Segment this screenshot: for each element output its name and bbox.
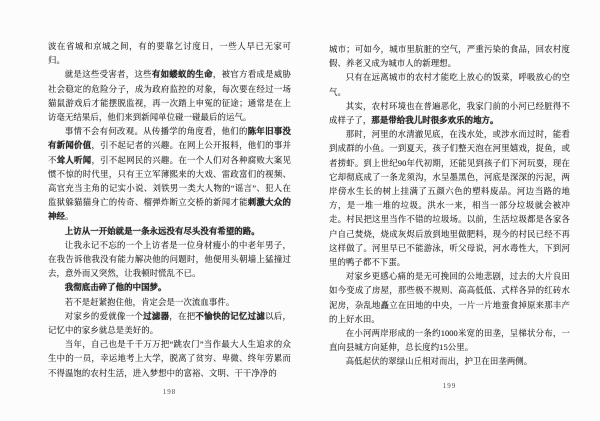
- text-run: 让我永记不忘的一个上访者是一位身材瘦小的中老年男子，在我告诉他我没有能力解决他的…: [48, 241, 291, 278]
- bold-text-run: 有如蝼蚁的生命: [152, 70, 213, 79]
- text-run: 城市；可如今，城市里肮脏的空气，严重污染的食品，回农村度假、养老又成为城市人的新…: [329, 45, 570, 68]
- paragraph: 让我永记不忘的一个上访者是一位身材瘦小的中老年男子，在我告诉他我没有能力解决他的…: [48, 239, 291, 282]
- paragraph: 对家乡的爱就像一个过滤器，在把不愉快的记忆过滤以后，记忆中的家乡就总是美好的。: [48, 310, 291, 338]
- paragraph: 若不是赶紧抱住他，肯定会是一次流血事件。: [48, 296, 291, 310]
- bold-text-run: 不愉快的记忆过滤: [195, 312, 265, 321]
- text-run: ，在把: [169, 312, 195, 321]
- bold-text-run: 过滤器: [143, 312, 169, 321]
- left-page-text: 波在省城和京城之间，有的要靠乞讨度日，一些人早已无家可归。就是这些受害者，这些有…: [48, 40, 291, 381]
- paragraph: 城市；可如今，城市里肮脏的空气，严重污染的食品，回农村度假、养老又成为城市人的新…: [329, 43, 570, 71]
- text-run: 波在省城和京城之间，有的要靠乞讨度日，一些人早已无家可归。: [48, 42, 291, 65]
- paragraph: 波在省城和京城之间，有的要靠乞讨度日，一些人早已无家可归。: [48, 40, 291, 68]
- text-run: 事情不会有何改观。从传播学的角度看，他们的: [65, 127, 248, 136]
- bold-text-run: 上访从一开始就是一条永远没有尽头没有希望的路。: [65, 227, 260, 236]
- bold-text-run: 那是带给我儿时很多欢乐的地方。: [371, 116, 498, 125]
- text-run: 在小河两岸形成的一条约1000米宽的田垄，呈梯状分布，一直向县城方向延伸，总长度…: [329, 329, 570, 352]
- text-run: 对家乡更感心痛的是无可挽回的公地悲剧，过去的大片良田如今变成了房屋，那些极不规则…: [329, 272, 570, 324]
- text-run: 若不是赶紧抱住他，肯定会是一次流血事件。: [65, 298, 235, 307]
- paragraph: 只有在远离城市的农村才能吃上放心的饭菜，呼吸放心的空气。: [329, 71, 570, 99]
- text-run: 那时，河里的水清澈见底，在浅水处，或涉水而过时，能看到成群的小鱼。一到夏天，孩子…: [329, 130, 570, 267]
- text-run: 高低起伏的翠绿山丘相对而出，护卫在田垄两侧。: [346, 357, 532, 366]
- right-page-text: 城市；可如今，城市里肮脏的空气，严重污染的食品，回农村度假、养老又成为城市人的新…: [329, 43, 570, 370]
- paragraph: 上访从一开始就是一条永远没有尽头没有希望的路。: [48, 225, 291, 239]
- left-page-number: 198: [48, 387, 291, 397]
- book-spread: 波在省城和京城之间，有的要靠乞讨度日，一些人早已无家可归。就是这些受害者，这些有…: [0, 0, 600, 421]
- paragraph: 其实，农村环境也在普遍恶化，我家门前的小河已经脏得不成样子了，那是带给我儿时很多…: [329, 100, 570, 128]
- text-run: 对家乡的爱就像一个: [65, 312, 143, 321]
- bold-text-run: 耸人听闻: [57, 156, 92, 165]
- paragraph: 我彻底击碎了他的中国梦。: [48, 281, 291, 295]
- paragraph: 事情不会有何改观。从传播学的角度看，他们的陈年旧事没有新闻价值，引不起记者的兴趣…: [48, 125, 291, 224]
- text-run: 只有在远离城市的农村才能吃上放心的饭菜，呼吸放心的空气。: [329, 73, 570, 96]
- paragraph: 就是这些受害者，这些有如蝼蚁的生命，被官方看成是威胁社会稳定的危险分子，成为政府…: [48, 68, 291, 125]
- bold-text-run: 我彻底击碎了他的中国梦。: [65, 283, 167, 292]
- text-run: 当年，自己也是千千万万把“跳农门”当作最大人生追求的众生中的一员，幸运地考上大学…: [48, 340, 291, 377]
- right-page-number: 199: [329, 381, 570, 391]
- paragraph: 在小河两岸形成的一条约1000米宽的田垄，呈梯状分布，一直向县城方向延伸，总长度…: [329, 327, 570, 355]
- paragraph: 高低起伏的翠绿山丘相对而出，护卫在田垄两侧。: [329, 355, 570, 369]
- paragraph: 对家乡更感心痛的是无可挽回的公地悲剧，过去的大片良田如今变成了房屋，那些极不规则…: [329, 270, 570, 327]
- text-run: 。: [65, 212, 73, 221]
- paragraph: 那时，河里的水清澈见底，在浅水处，或涉水而过时，能看到成群的小鱼。一到夏天，孩子…: [329, 128, 570, 270]
- text-run: 就是这些受害者，这些: [65, 70, 152, 79]
- paragraph: 当年，自己也是千千万万把“跳农门”当作最大人生追求的众生中的一员，幸运地考上大学…: [48, 338, 291, 381]
